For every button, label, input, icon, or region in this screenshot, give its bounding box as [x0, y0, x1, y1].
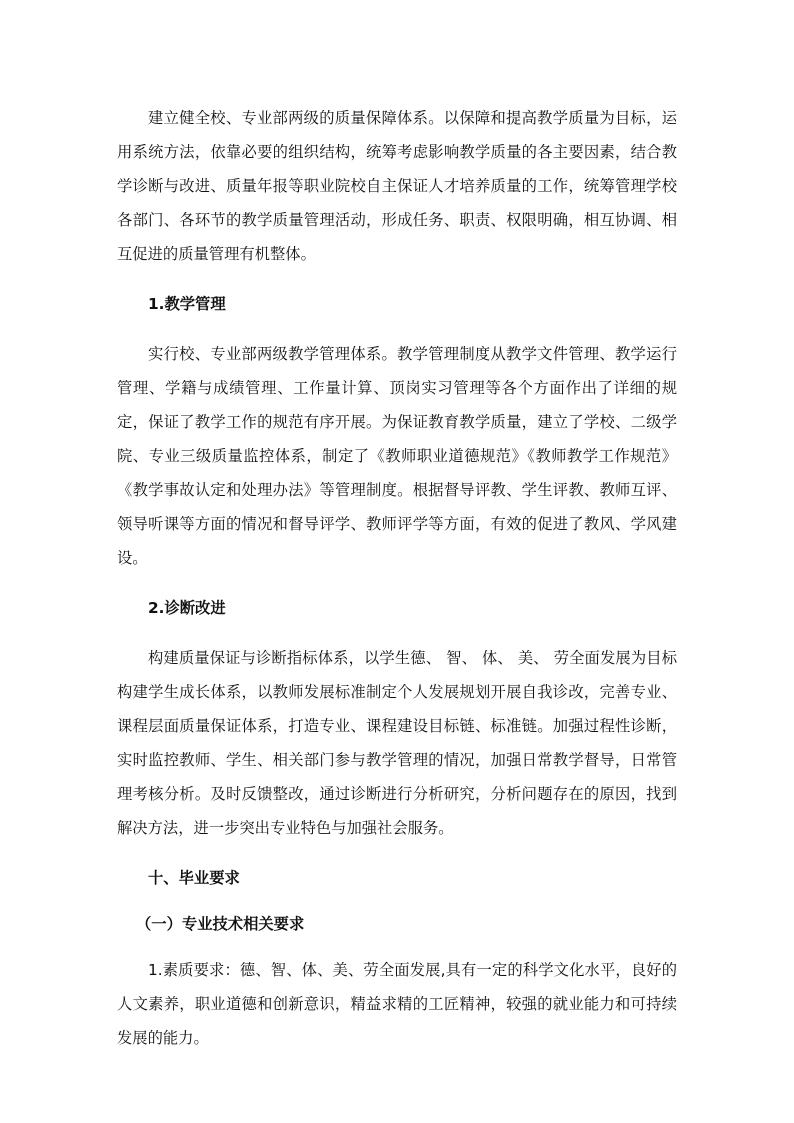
chapter-heading-graduation-requirements: 十、毕业要求 [117, 861, 677, 895]
requirement-paragraph-quality: 1.素质要求：德、智、体、美、劳全面发展,具有一定的科学文化水平，良好的人文素养… [117, 953, 677, 1055]
intro-paragraph: 建立健全校、专业部两级的质量保障体系。以保障和提高教学质量为目标，运用系统方法，… [117, 101, 677, 271]
section-paragraph-teaching-management: 实行校、专业部两级教学管理体系。教学管理制度从教学文件管理、教学运行管理、学籍与… [117, 337, 677, 575]
section-heading-teaching-management: 1.教学管理 [117, 287, 677, 321]
section-paragraph-diagnosis-improvement: 构建质量保证与诊断指标体系，以学生德、 智、 体、 美、 劳全面发展为目标构建学… [117, 641, 677, 845]
subsection-heading-technical-requirements: （一）专业技术相关要求 [117, 907, 677, 941]
section-heading-diagnosis-improvement: 2.诊断改进 [117, 591, 677, 625]
document-page: 建立健全校、专业部两级的质量保障体系。以保障和提高教学质量为目标，运用系统方法，… [117, 101, 677, 1055]
